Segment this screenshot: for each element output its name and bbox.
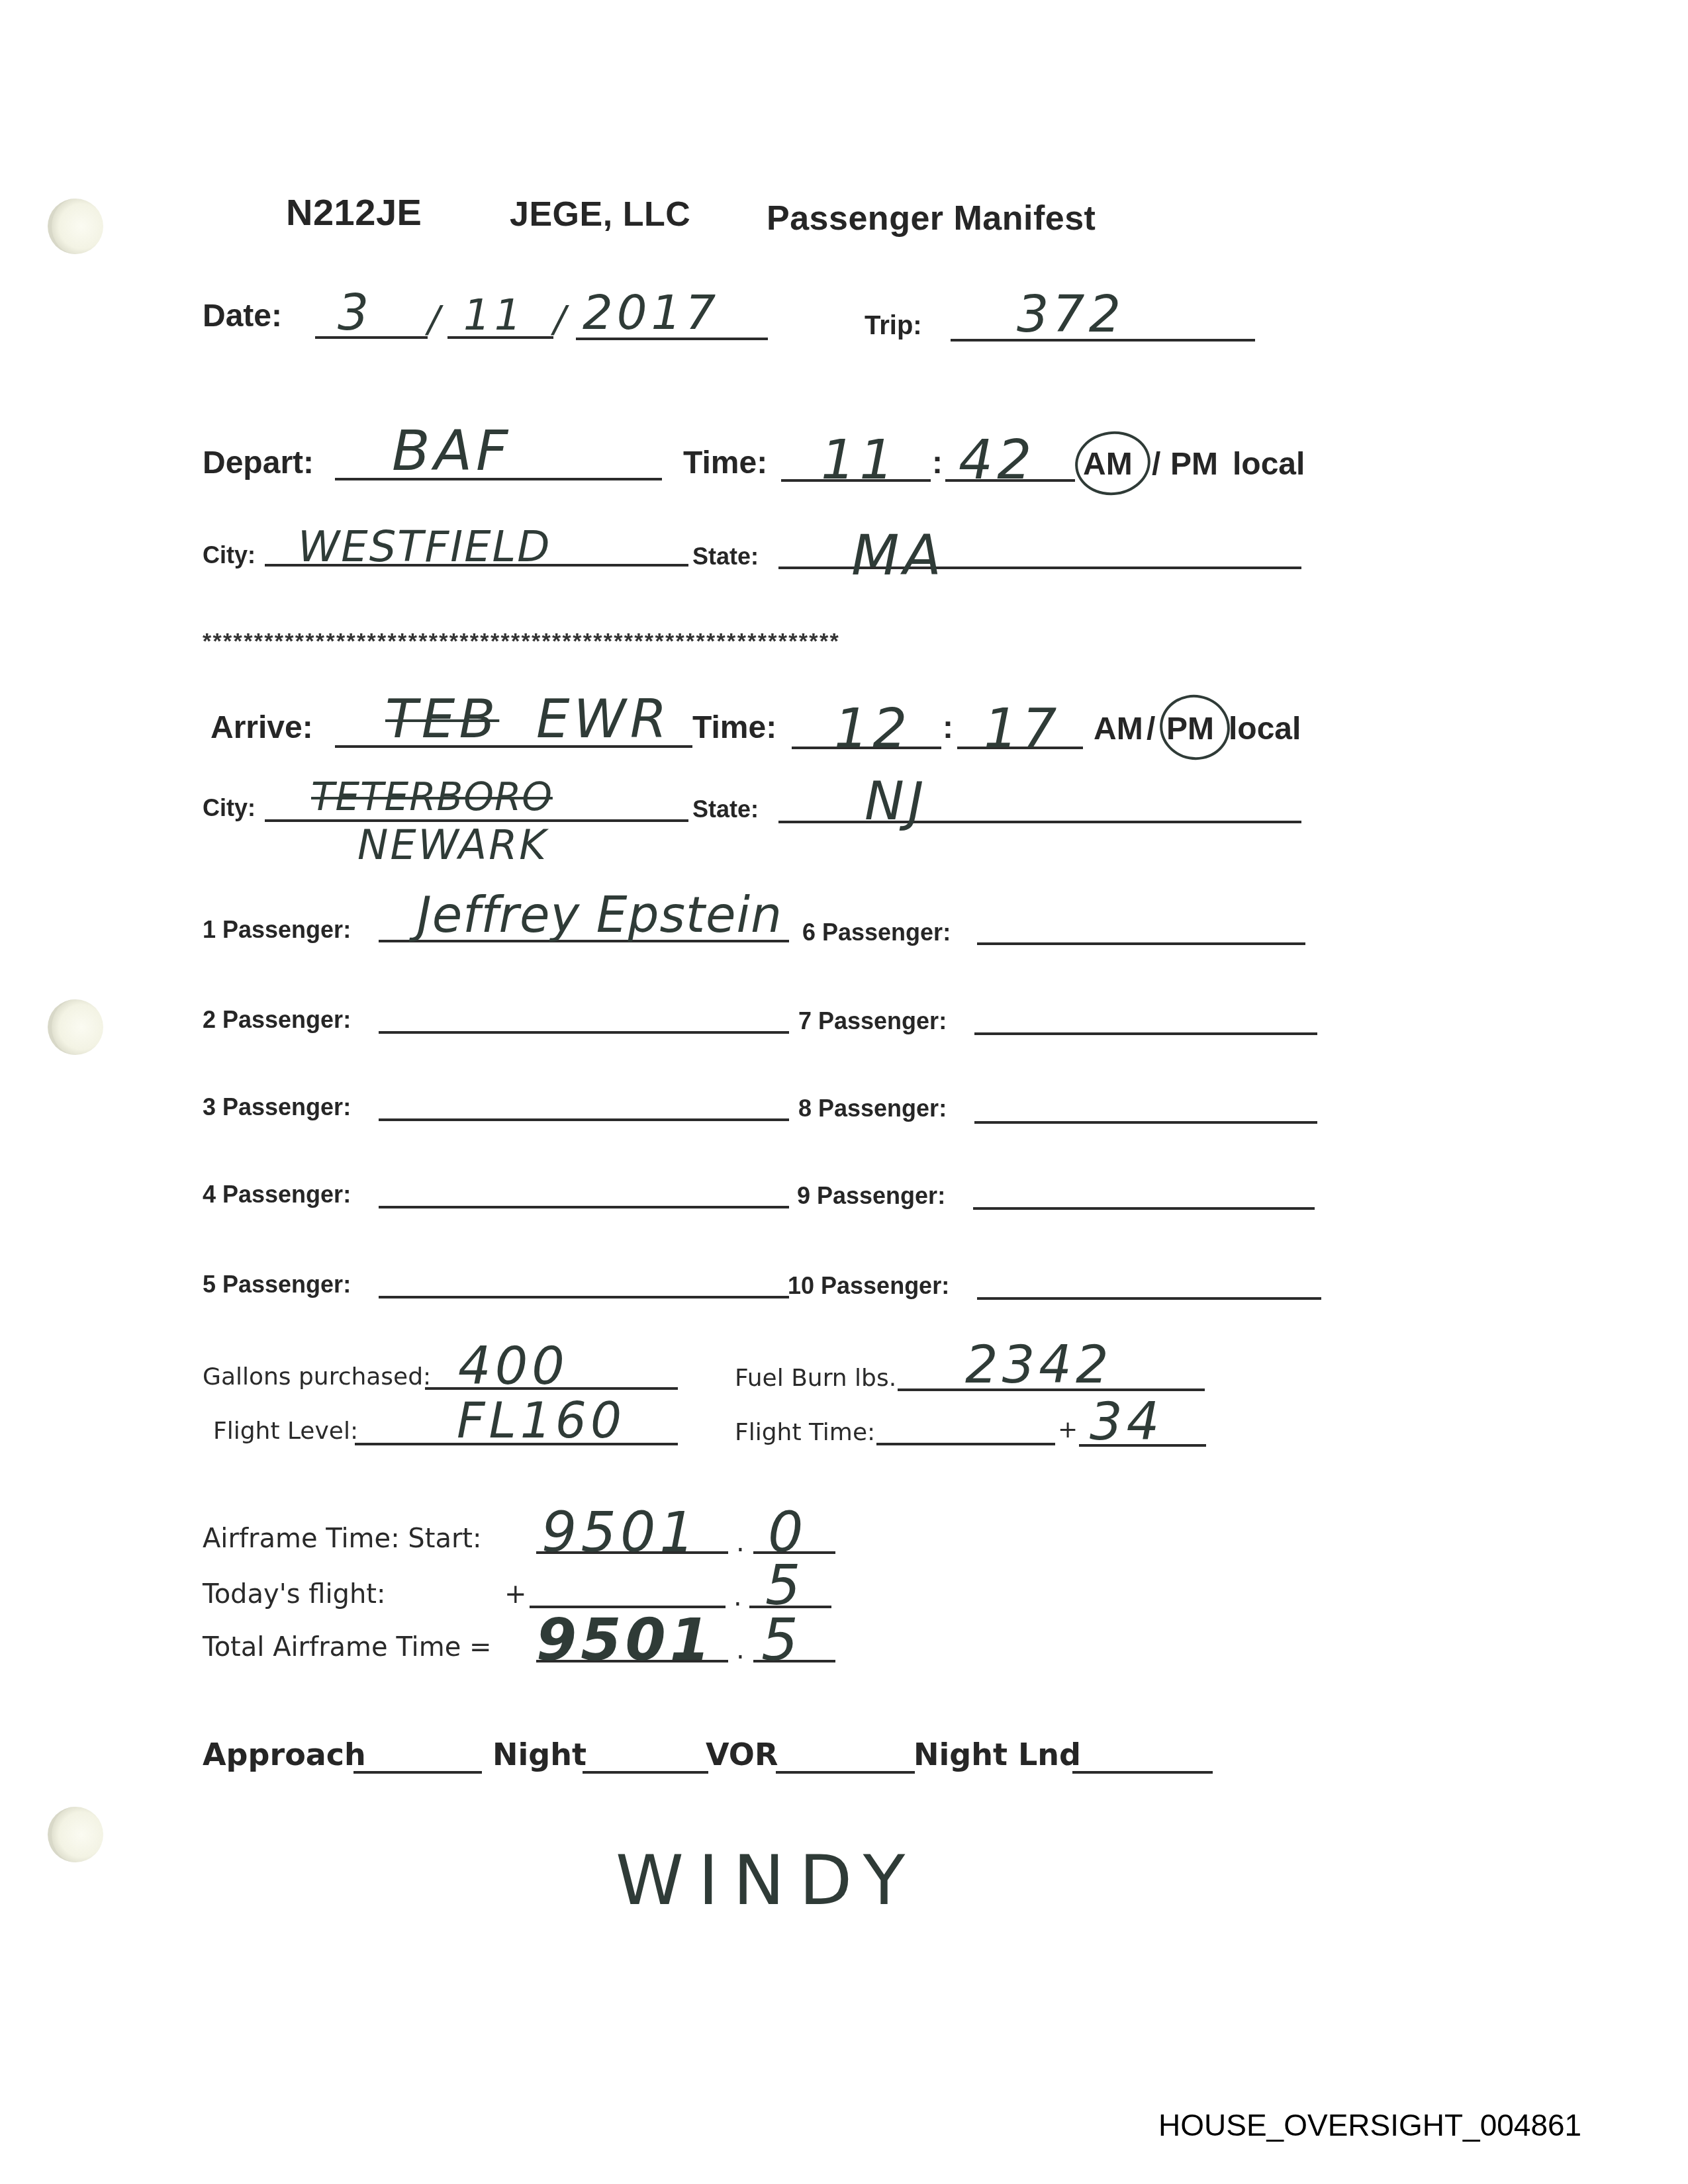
arrive-time-label: Time: [692, 709, 776, 746]
company-name: JEGE, LLC [510, 195, 690, 234]
arrive-time-colon: : [943, 709, 953, 746]
vor-label: VOR [706, 1737, 778, 1772]
airframe-start-decimal: . [736, 1527, 745, 1558]
binder-hole-top [48, 199, 103, 254]
depart-pm-option[interactable]: PM [1170, 446, 1218, 482]
arrive-pm-selected-circle [1154, 690, 1235, 766]
depart-state-label: State: [692, 543, 759, 570]
trip-field[interactable]: 372 [1017, 285, 1125, 343]
depart-am-selected-circle [1071, 427, 1154, 500]
flight-time-minutes-field[interactable]: 34 [1090, 1392, 1163, 1452]
flight-time-hours-line [876, 1443, 1055, 1445]
passenger-8-line [974, 1121, 1317, 1124]
gallons-label: Gallons purchased: [203, 1363, 431, 1390]
gallons-field[interactable]: 400 [458, 1337, 569, 1396]
arrive-label: Arrive: [211, 709, 313, 746]
night-line [583, 1771, 708, 1774]
passenger-7-line [974, 1032, 1317, 1035]
todays-flight-decimal: . [733, 1582, 742, 1612]
todays-flight-label: Today's flight: [203, 1579, 385, 1610]
total-airframe-decimal: . [736, 1635, 745, 1665]
passenger-2-label: 2 Passenger: [203, 1006, 351, 1034]
arrive-state-field[interactable]: NJ [865, 770, 927, 832]
approach-label: Approach [203, 1737, 366, 1772]
passenger-10-label: 10 Passenger: [788, 1272, 949, 1300]
arrive-am-option[interactable]: AM [1094, 711, 1143, 747]
passenger-9-label: 9 Passenger: [797, 1182, 945, 1210]
date-separator-2: / [553, 298, 566, 341]
date-day-field[interactable]: 11 [463, 291, 525, 340]
passenger-9-line [973, 1207, 1315, 1210]
night-lnd-label: Night Lnd [914, 1737, 1081, 1772]
fuel-burn-label: Fuel Burn lbs. [735, 1365, 896, 1392]
passenger-3-label: 3 Passenger: [203, 1093, 351, 1121]
form-title: Passenger Manifest [767, 199, 1096, 238]
passenger-1-label: 1 Passenger: [203, 916, 351, 944]
flight-time-plus: + [1058, 1416, 1078, 1443]
passenger-7-label: 7 Passenger: [798, 1007, 947, 1035]
passenger-5-line [379, 1296, 789, 1298]
depart-hour-field[interactable]: 11 [821, 429, 898, 492]
depart-time-label: Time: [683, 445, 767, 481]
binder-hole-middle [48, 999, 103, 1055]
tail-number: N212JE [286, 191, 422, 234]
approach-line [353, 1771, 482, 1774]
depart-state-field[interactable]: MA [851, 523, 945, 588]
flight-level-field[interactable]: FL160 [457, 1392, 626, 1449]
total-airframe-tenths-field[interactable]: 5 [761, 1606, 802, 1674]
arrive-ampm-separator: / [1147, 711, 1155, 747]
todays-flight-plus: + [504, 1579, 527, 1610]
flight-level-label: Flight Level: [213, 1418, 358, 1445]
passenger-10-line [977, 1297, 1321, 1300]
depart-label: Depart: [203, 445, 314, 481]
trip-label: Trip: [865, 311, 922, 341]
passenger-5-label: 5 Passenger: [203, 1271, 351, 1298]
total-airframe-whole-field[interactable]: 9501 [536, 1606, 714, 1674]
arrive-hour-field[interactable]: 12 [834, 698, 911, 760]
passenger-6-label: 6 Passenger: [802, 919, 951, 946]
depart-time-colon: : [932, 445, 943, 481]
bates-number: HOUSE_OVERSIGHT_004861 [1158, 2107, 1581, 2143]
depart-ampm-separator: / [1152, 446, 1160, 482]
arrive-minute-field[interactable]: 17 [984, 698, 1060, 760]
airframe-start-whole-field[interactable]: 9501 [541, 1500, 699, 1565]
depart-local-label: local [1233, 446, 1305, 482]
depart-airport-field[interactable]: BAF [392, 418, 512, 483]
section-divider: ****************************************… [203, 629, 840, 655]
depart-city-field[interactable]: WESTFIELD [298, 523, 551, 572]
binder-hole-bottom [48, 1807, 103, 1862]
date-month-field[interactable]: 3 [338, 285, 373, 341]
depart-city-label: City: [203, 541, 256, 569]
remarks-field[interactable]: WINDY [616, 1840, 919, 1921]
flight-time-label: Flight Time: [735, 1419, 875, 1446]
date-separator-1: / [428, 298, 440, 341]
arrive-city-label: City: [203, 794, 256, 822]
arrive-state-line [778, 821, 1301, 823]
vor-line [776, 1771, 915, 1774]
date-label: Date: [203, 298, 282, 334]
night-lnd-line [1072, 1771, 1213, 1774]
passenger-2-line [379, 1031, 789, 1034]
passenger-8-label: 8 Passenger: [798, 1095, 947, 1122]
arrive-state-label: State: [692, 796, 759, 823]
night-label: Night [492, 1737, 586, 1772]
fuel-burn-field[interactable]: 2342 [965, 1336, 1113, 1395]
arrive-airport-struck: TEB [385, 688, 499, 750]
passenger-1-field[interactable]: Jeffrey Epstein [417, 887, 782, 944]
passenger-6-line [977, 942, 1305, 945]
passenger-3-line [379, 1118, 789, 1121]
arrive-city-field[interactable]: NEWARK [357, 821, 548, 869]
arrive-city-struck: TETERBORO [311, 774, 553, 819]
date-year-field[interactable]: 2017 [583, 285, 720, 340]
arrive-airport-field[interactable]: EWR [536, 688, 671, 750]
passenger-4-line [379, 1206, 789, 1208]
depart-minute-field[interactable]: 42 [959, 429, 1035, 492]
passenger-4-label: 4 Passenger: [203, 1181, 351, 1208]
total-airframe-label: Total Airframe Time = [203, 1632, 492, 1662]
arrive-local-label: local [1229, 711, 1301, 747]
airframe-start-label: Airframe Time: Start: [203, 1524, 482, 1554]
